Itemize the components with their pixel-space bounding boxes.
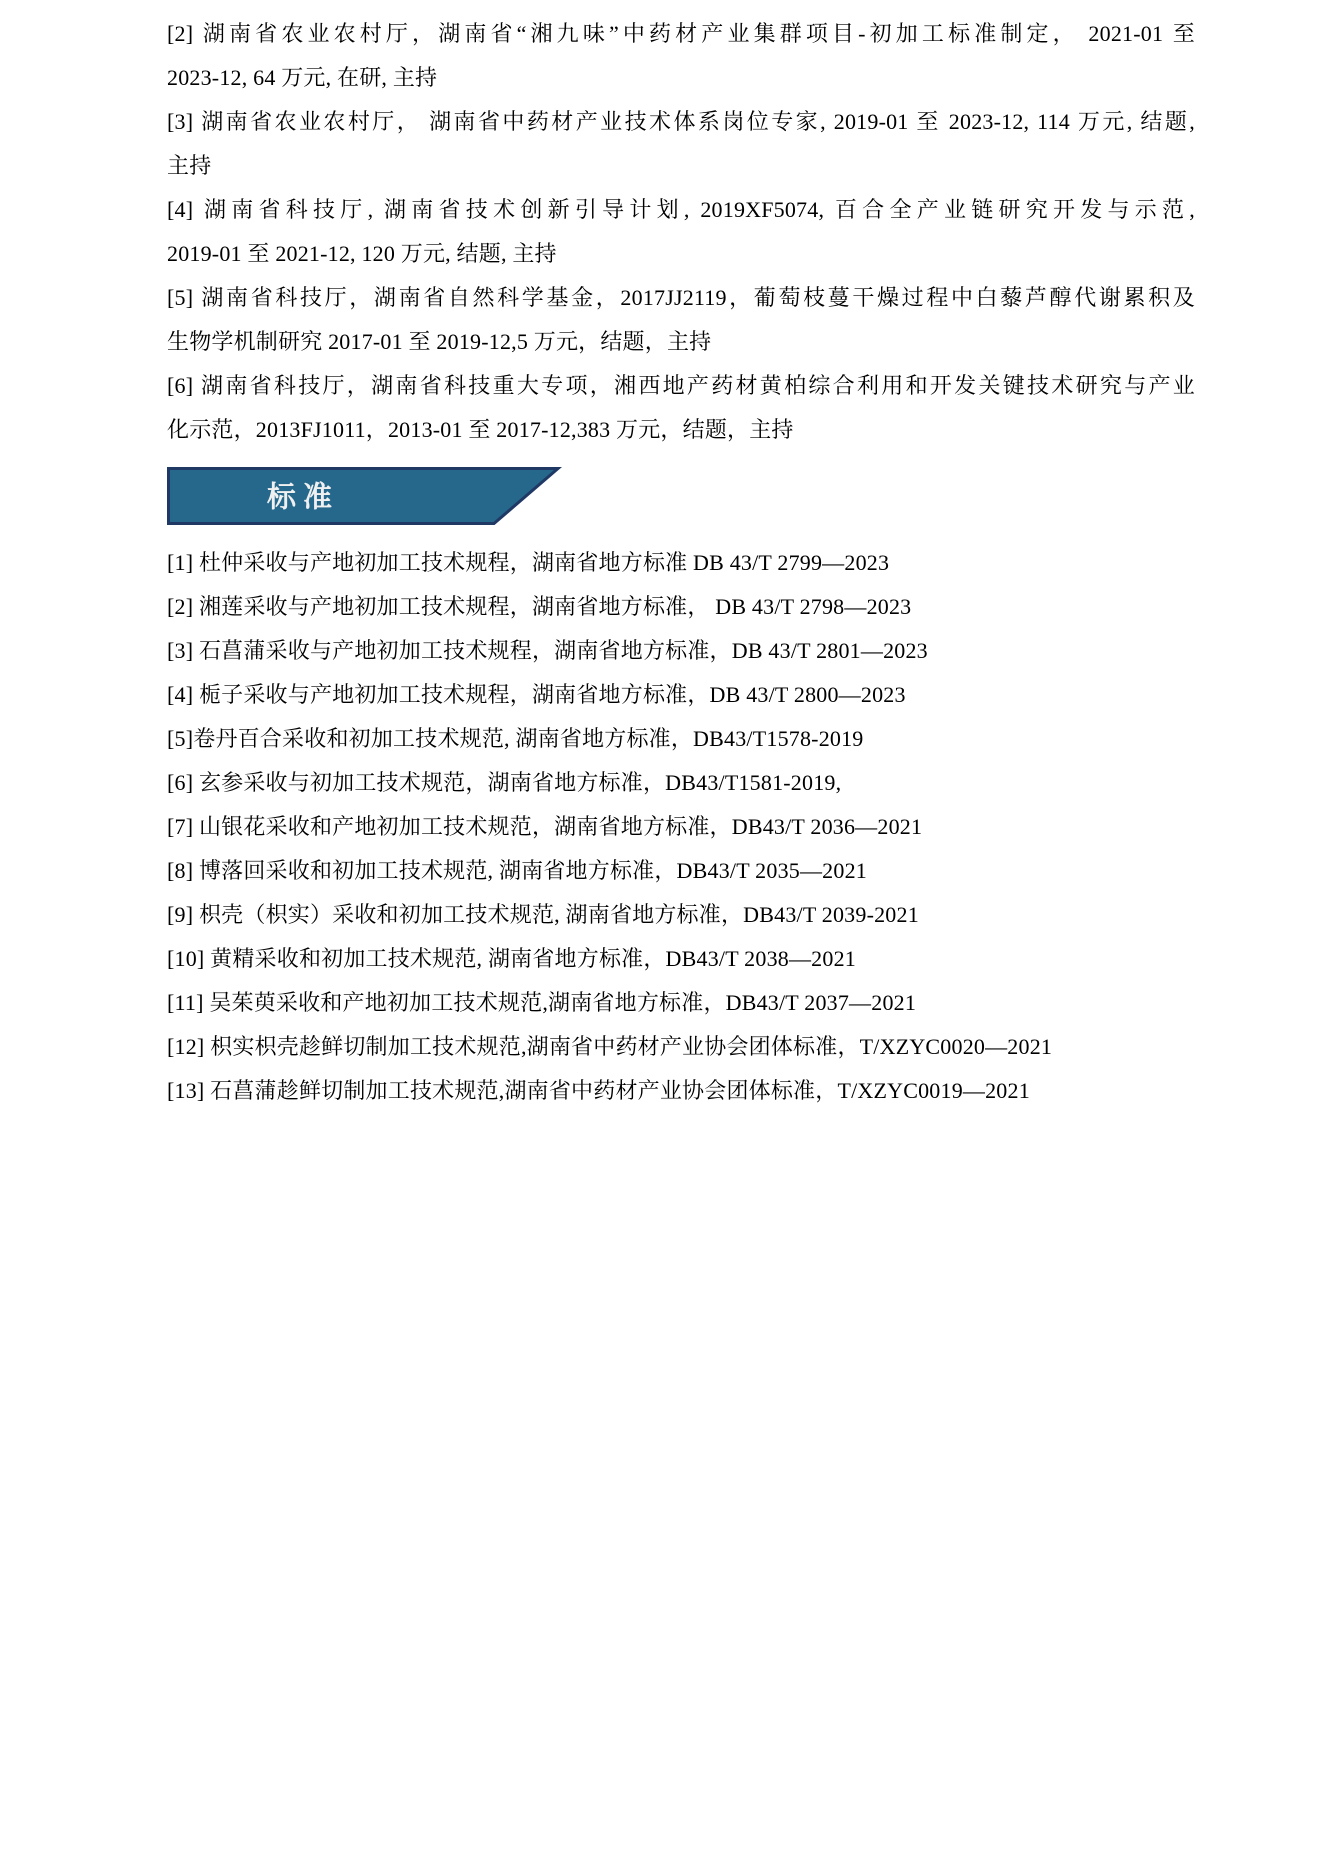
projects-list: [2] 湖南省农业农村厅，湖南省“湘九味”中药材产业集群项目-初加工标准制定， …: [167, 12, 1195, 452]
standard-item-4: [4] 栀子采收与产地初加工技术规程，湖南省地方标准，DB 43/T 2800—…: [167, 673, 1195, 717]
project-entry-6-line-1: [6] 湖南省科技厅，湖南省科技重大专项，湘西地产药材黄柏综合利用和开发关键技术…: [167, 364, 1195, 408]
standards-banner-label: 标准: [267, 475, 339, 516]
standards-section-banner: 标准: [167, 467, 562, 525]
standard-item-11: [11] 吴茱萸采收和产地初加工技术规范,湖南省地方标准，DB43/T 2037…: [167, 981, 1195, 1025]
project-entry-6-line-2: 化示范，2013FJ1011，2013-01 至 2017-12,383 万元，…: [167, 408, 1195, 452]
banner-ribbon-polygon: [169, 469, 559, 524]
project-entry-3-line-2: 主持: [167, 144, 1195, 188]
standard-item-2: [2] 湘莲采收与产地初加工技术规程，湖南省地方标准， DB 43/T 2798…: [167, 585, 1195, 629]
standard-item-13: [13] 石菖蒲趁鲜切制加工技术规范,湖南省中药材产业协会团体标准，T/XZYC…: [167, 1069, 1195, 1113]
standard-item-9: [9] 枳壳（枳实）采收和初加工技术规范, 湖南省地方标准，DB43/T 203…: [167, 893, 1195, 937]
standard-item-10: [10] 黄精采收和初加工技术规范, 湖南省地方标准，DB43/T 2038—2…: [167, 937, 1195, 981]
project-entry-4-line-2: 2019-01 至 2021-12, 120 万元, 结题, 主持: [167, 232, 1195, 276]
standard-item-12: [12] 枳实枳壳趁鲜切制加工技术规范,湖南省中药材产业协会团体标准，T/XZY…: [167, 1025, 1195, 1069]
project-entry-5-line-2: 生物学机制研究 2017-01 至 2019-12,5 万元，结题，主持: [167, 320, 1195, 364]
project-entry-4-line-1: [4] 湖南省科技厅, 湖南省技术创新引导计划, 2019XF5074, 百合全…: [167, 188, 1195, 232]
project-entry-2-line-2: 2023-12, 64 万元, 在研, 主持: [167, 56, 1195, 100]
project-entry-2-line-1: [2] 湖南省农业农村厅，湖南省“湘九味”中药材产业集群项目-初加工标准制定， …: [167, 12, 1195, 56]
banner-ribbon-shape: [167, 467, 562, 525]
project-entry-5-line-1: [5] 湖南省科技厅，湖南省自然科学基金，2017JJ2119，葡萄枝蔓干燥过程…: [167, 276, 1195, 320]
standard-item-7: [7] 山银花采收和产地初加工技术规范，湖南省地方标准，DB43/T 2036—…: [167, 805, 1195, 849]
page-content: [2] 湖南省农业农村厅，湖南省“湘九味”中药材产业集群项目-初加工标准制定， …: [167, 12, 1195, 1113]
standard-item-5: [5]卷丹百合采收和初加工技术规范, 湖南省地方标准，DB43/T1578-20…: [167, 717, 1195, 761]
standard-item-1: [1] 杜仲采收与产地初加工技术规程，湖南省地方标准 DB 43/T 2799—…: [167, 541, 1195, 585]
standards-list: [1] 杜仲采收与产地初加工技术规程，湖南省地方标准 DB 43/T 2799—…: [167, 541, 1195, 1113]
standard-item-6: [6] 玄参采收与初加工技术规范，湖南省地方标准，DB43/T1581-2019…: [167, 761, 1195, 805]
document-page: [2] 湖南省农业农村厅，湖南省“湘九味”中药材产业集群项目-初加工标准制定， …: [0, 0, 1323, 1871]
standard-item-8: [8] 博落回采收和初加工技术规范, 湖南省地方标准，DB43/T 2035—2…: [167, 849, 1195, 893]
standard-item-3: [3] 石菖蒲采收与产地初加工技术规程，湖南省地方标准，DB 43/T 2801…: [167, 629, 1195, 673]
project-entry-3-line-1: [3] 湖南省农业农村厅， 湖南省中药材产业技术体系岗位专家, 2019-01 …: [167, 100, 1195, 144]
